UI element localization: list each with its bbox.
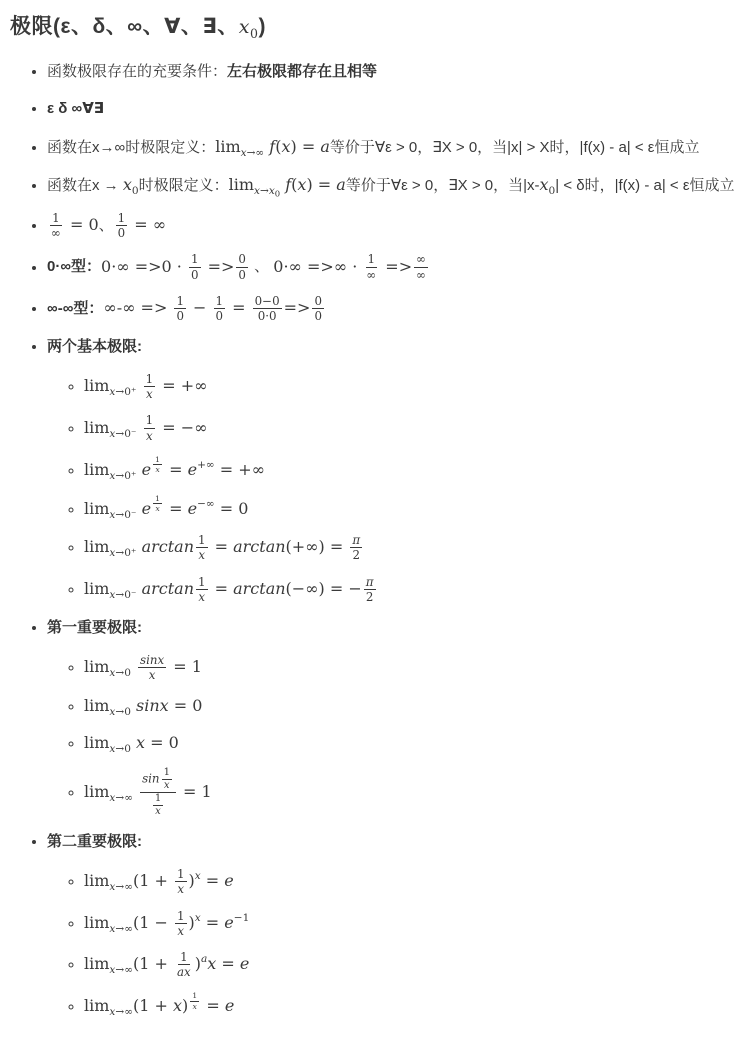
- text-run: 函数在x→∞时极限定义：: [47, 139, 215, 156]
- math-fraction: 1∞: [364, 252, 378, 281]
- math-roman: =: [216, 954, 240, 973]
- math-roman: (1 +: [133, 871, 173, 890]
- math-roman: [136, 418, 141, 437]
- text-run: 函数在x →: [47, 177, 123, 194]
- math-fraction: 1x: [175, 867, 187, 896]
- note-item: 函数极限存在的充要条件：左右极限都存在且相等: [47, 60, 746, 85]
- math-roman: 1: [155, 793, 161, 804]
- math-roman: 1: [146, 413, 154, 427]
- fraction-denominator: x: [147, 668, 158, 682]
- math-superscript: 1x: [188, 995, 201, 1007]
- fraction-denominator: x: [144, 429, 155, 443]
- math-variable: x: [540, 175, 549, 194]
- math-roman: →0: [115, 706, 131, 718]
- math-roman: 1: [198, 533, 206, 547]
- notes-list: 函数极限存在的充要条件：左右极限都存在且相等ε δ ∞∀∃函数在x→∞时极限定义…: [10, 60, 746, 1019]
- math-roman: 2: [366, 590, 374, 604]
- math-roman: →∞: [115, 923, 133, 935]
- math-variable: arctan: [142, 537, 194, 556]
- math-roman: lim: [84, 733, 109, 752]
- math-run: limx→∞(1 + 1x)x = e: [84, 871, 234, 890]
- math-subscript: x→∞: [241, 147, 265, 159]
- math-subscript: x→0⁺: [109, 386, 136, 398]
- math-fraction: 1x: [153, 494, 162, 514]
- note-item: 函数在x → x0时极限定义：limx→x0 f(x) = a等价于∀ε > 0…: [47, 172, 746, 199]
- math-roman: =: [227, 298, 251, 317]
- math-variable: a: [336, 175, 346, 194]
- math-roman: =>: [284, 298, 311, 317]
- math-variable: x: [155, 806, 161, 817]
- math-roman: lim: [215, 137, 240, 156]
- math-roman: = −∞: [157, 418, 207, 437]
- fraction-denominator: 1x: [149, 793, 167, 818]
- math-run: limx→0 x = 0: [84, 733, 179, 752]
- math-variable: e: [188, 460, 197, 479]
- math-roman: −: [188, 298, 212, 317]
- math-roman: −1: [234, 912, 250, 924]
- math-roman: →0⁺: [115, 386, 136, 398]
- math-run: x0: [123, 175, 139, 194]
- text-run: 、: [250, 259, 273, 276]
- math-roman: 0: [176, 309, 184, 323]
- math-roman: =: [210, 537, 234, 556]
- math-run: limx→x0 f(x) = a: [229, 175, 346, 194]
- fraction-numerator: 0: [236, 252, 248, 267]
- fraction-numerator: 1: [175, 867, 187, 882]
- fraction-denominator: x: [153, 806, 163, 818]
- math-fraction: 1x: [144, 372, 156, 401]
- math-run: limx→∞(1 − 1x)x = e−1: [84, 913, 249, 932]
- fraction-numerator: 1: [144, 372, 156, 387]
- math-variable: arctan: [233, 537, 285, 556]
- math-run: limx→0⁻ arctan1x = arctan(−∞) = −π2: [84, 579, 378, 598]
- math-roman: lim: [84, 460, 109, 479]
- math-subscript: x→0⁺: [109, 548, 136, 560]
- math-fraction: 1x: [144, 413, 156, 442]
- sub-note-item: limx→0⁻ arctan1x = arctan(−∞) = −π2: [84, 575, 744, 604]
- math-roman: (+∞) =: [286, 537, 349, 556]
- math-roman: =>: [380, 257, 412, 276]
- math-roman: 2: [352, 548, 360, 562]
- math-subscript: x→∞: [109, 964, 133, 976]
- fraction-numerator: 1: [153, 455, 162, 465]
- math-variable: e: [142, 460, 151, 479]
- fraction-numerator: 1: [153, 494, 162, 504]
- fraction-numerator: sin1x: [140, 767, 176, 793]
- math-fraction: sinxx: [138, 653, 166, 682]
- math-variable: e: [224, 871, 233, 890]
- math-fraction: 10: [189, 252, 201, 281]
- fraction-denominator: 2: [364, 590, 376, 604]
- fraction-denominator: x: [153, 504, 161, 513]
- text-run: 极限(ε、δ、∞、∀、∃、: [10, 15, 239, 38]
- fraction-numerator: 0−0: [253, 294, 282, 309]
- math-variable: e: [142, 499, 151, 518]
- math-run: 0·∞ =>∞ · 1∞ =>∞∞: [273, 257, 430, 276]
- math-roman: lim: [84, 782, 109, 801]
- math-run: limx→0⁻ e1x = e−∞ = 0: [84, 499, 248, 518]
- math-variable: x: [164, 780, 170, 791]
- fraction-denominator: ∞: [364, 268, 378, 282]
- note-item: 0·∞型：0·∞ =>0 · 10 =>00 、 0·∞ =>∞ · 1∞ =>…: [47, 252, 746, 281]
- fraction-denominator: 0: [189, 268, 201, 282]
- math-roman: 1: [155, 455, 160, 464]
- math-subscript: x→0⁺: [109, 470, 136, 482]
- math-subscript: x→∞: [109, 1006, 133, 1018]
- math-roman: +∞: [197, 459, 215, 471]
- bold-text-run: 第二重要极限:: [47, 833, 142, 850]
- math-roman: 0·∞ =>0 ·: [101, 257, 187, 276]
- math-subscript: x→0⁻: [109, 589, 136, 601]
- sub-note-item: limx→0 sinxx = 1: [84, 653, 744, 682]
- math-variable: a: [320, 137, 330, 156]
- math-fraction: 1x: [196, 533, 208, 562]
- math-run: limx→0⁺ 1x = +∞: [84, 376, 207, 395]
- math-roman: 0: [238, 268, 246, 282]
- math-run: ∞-∞ => 10 − 10 = 0−00·0=>00: [103, 298, 326, 317]
- math-roman: →: [260, 185, 269, 197]
- math-roman: 1: [368, 252, 376, 266]
- math-roman: = 0: [65, 215, 99, 234]
- bold-text-run: ε δ ∞∀∃: [47, 100, 104, 117]
- math-run: limx→∞ sin1x1x = 1: [84, 782, 212, 801]
- math-variable: x: [198, 548, 205, 562]
- math-roman: →∞: [115, 964, 133, 976]
- math-superscript: −1: [234, 912, 250, 924]
- math-superscript: 1x: [151, 498, 164, 510]
- math-fraction: 1ax: [175, 950, 193, 979]
- math-variable: x: [136, 733, 145, 752]
- sub-notes-list: limx→0 sinxx = 1limx→0 sinx = 0limx→0 x …: [47, 653, 744, 819]
- math-run: 0·∞ =>0 · 10 =>00: [101, 257, 250, 276]
- math-roman: [131, 657, 136, 676]
- math-subscript: x→x0: [254, 185, 280, 197]
- fraction-numerator: 0: [312, 294, 324, 309]
- bold-text-run: ∞-∞型：: [47, 300, 103, 317]
- math-roman: 1: [180, 950, 188, 964]
- math-roman: 0: [314, 309, 322, 323]
- math-fraction: sin1x1x: [140, 767, 176, 818]
- math-roman: →0: [115, 667, 131, 679]
- math-superscript: −∞: [197, 498, 215, 510]
- math-variable: e: [225, 996, 234, 1015]
- fraction-numerator: 1: [178, 950, 190, 965]
- math-variable: x: [239, 16, 250, 38]
- math-run: limx→0⁺ e1x = e+∞ = +∞: [84, 460, 265, 479]
- math-fraction: 1x: [153, 455, 162, 475]
- math-roman: ∞: [366, 268, 376, 282]
- math-roman: [133, 782, 138, 801]
- math-roman: lim: [84, 418, 109, 437]
- bold-text-run: 两个基本极限:: [47, 338, 142, 355]
- math-fraction: 1x: [190, 991, 199, 1011]
- math-roman: →0⁻: [115, 428, 136, 440]
- math-roman: 0: [314, 294, 322, 308]
- text-run: 等价于∀ε > 0，∃X > 0，当|x| > X时，|f(x) - a| < …: [330, 139, 700, 156]
- math-fraction: 00: [236, 252, 248, 281]
- math-roman: lim: [229, 175, 254, 194]
- math-roman: lim: [84, 954, 109, 973]
- math-fraction: 1x: [196, 575, 208, 604]
- sub-note-item: limx→∞ sin1x1x = 1: [84, 767, 744, 818]
- math-variable: π: [352, 533, 360, 547]
- math-roman: lim: [84, 579, 109, 598]
- math-roman: 0: [118, 226, 126, 240]
- fraction-denominator: 2: [350, 548, 362, 562]
- fraction-numerator: 1: [153, 793, 163, 806]
- math-run: limx→∞(1 + x)1x = e: [84, 996, 234, 1015]
- math-roman: 0: [132, 185, 139, 197]
- sub-note-item: limx→0 sinx = 0: [84, 694, 744, 719]
- math-roman: lim: [84, 996, 109, 1015]
- math-roman: =: [201, 913, 225, 932]
- text-run: 时极限定义：: [139, 177, 229, 194]
- math-roman: 1: [118, 211, 126, 225]
- text-run: 、: [99, 217, 114, 234]
- math-roman: =: [210, 579, 234, 598]
- math-subscript: x→0: [109, 743, 131, 755]
- math-roman: →∞: [247, 147, 265, 159]
- math-fraction: 1x: [162, 767, 172, 792]
- math-run: limx→0 sinxx = 1: [84, 657, 202, 676]
- math-run: 10 = ∞: [114, 215, 166, 234]
- math-roman: 1: [198, 575, 206, 589]
- math-run: limx→0⁺ arctan1x = arctan(+∞) = π2: [84, 537, 364, 556]
- fraction-numerator: 1: [144, 413, 156, 428]
- math-roman: = ∞: [129, 215, 166, 234]
- text-run: 函数极限存在的充要条件：: [47, 63, 227, 80]
- math-roman: lim: [84, 657, 109, 676]
- note-item: ε δ ∞∀∃: [47, 97, 746, 122]
- math-subscript: x→∞: [109, 793, 133, 805]
- fraction-denominator: x: [175, 924, 186, 938]
- text-run: ): [258, 15, 266, 38]
- math-variable: e: [224, 913, 233, 932]
- math-roman: →0⁺: [115, 470, 136, 482]
- fraction-numerator: 1: [366, 252, 378, 267]
- math-roman: =>: [203, 257, 235, 276]
- math-variable: sinx: [140, 653, 164, 667]
- sub-note-item: limx→0⁻ e1x = e−∞ = 0: [84, 494, 744, 521]
- fraction-denominator: 0: [116, 226, 128, 240]
- math-roman: →∞: [115, 882, 133, 894]
- sub-note-item: limx→∞(1 − 1x)x = e−1: [84, 909, 744, 938]
- math-roman: 1: [164, 767, 170, 778]
- fraction-denominator: 0: [236, 268, 248, 282]
- sub-note-item: limx→0⁺ arctan1x = arctan(+∞) = π2: [84, 533, 744, 562]
- fraction-numerator: 1: [174, 294, 186, 309]
- math-run: limx→∞(1 + 1ax)ax = e: [84, 954, 249, 973]
- note-item: 1∞ = 0、10 = ∞: [47, 211, 746, 240]
- math-fraction: ∞∞: [414, 252, 428, 281]
- math-roman: 1: [146, 372, 154, 386]
- math-variable: e: [240, 954, 249, 973]
- fraction-numerator: π: [350, 533, 362, 548]
- math-roman: =: [164, 499, 188, 518]
- math-variable: e: [188, 499, 197, 518]
- math-roman: =: [164, 460, 188, 479]
- math-variable: x: [173, 996, 182, 1015]
- math-roman: ∞-∞ =>: [103, 298, 172, 317]
- math-fraction: 1∞: [49, 211, 63, 240]
- math-subscript: 0: [132, 185, 139, 197]
- math-variable: x: [198, 590, 205, 604]
- math-roman: −∞: [197, 498, 215, 510]
- math-roman: ∞: [416, 268, 426, 282]
- fraction-numerator: sinx: [138, 653, 166, 668]
- math-roman: 0: [238, 252, 246, 266]
- fraction-denominator: x: [191, 1002, 199, 1011]
- math-variable: x: [146, 387, 153, 401]
- math-roman: 1: [177, 909, 185, 923]
- math-roman: 1: [192, 991, 197, 1000]
- math-roman: lim: [84, 871, 109, 890]
- math-subscript: x→0⁻: [109, 509, 136, 521]
- bold-text-run: 0·∞型：: [47, 259, 101, 276]
- math-fraction: 1x: [175, 909, 187, 938]
- math-roman: →∞: [115, 1006, 133, 1018]
- math-superscript: +∞: [197, 459, 215, 471]
- math-run: 1∞ = 0: [47, 215, 99, 234]
- fraction-numerator: 1: [196, 575, 208, 590]
- fraction-denominator: 0: [312, 309, 324, 323]
- note-item: 两个基本极限:limx→0⁺ 1x = +∞limx→0⁻ 1x = −∞lim…: [47, 335, 746, 604]
- math-roman: [136, 376, 141, 395]
- math-fraction: 10: [116, 211, 128, 240]
- math-subscript: x→∞: [109, 882, 133, 894]
- math-roman: (1 +: [133, 954, 173, 973]
- math-variable: x: [123, 175, 132, 194]
- math-variable: x: [177, 882, 184, 896]
- math-roman: (−∞) = −: [286, 579, 362, 598]
- math-roman: = +∞: [215, 460, 265, 479]
- math-roman: lim: [84, 376, 109, 395]
- fraction-numerator: 1: [116, 211, 128, 226]
- fraction-denominator: 0: [174, 309, 186, 323]
- math-run: x0: [540, 175, 556, 194]
- math-variable: arctan: [233, 579, 285, 598]
- fraction-denominator: 0·0: [256, 309, 279, 323]
- math-variable: ax: [177, 965, 191, 979]
- math-roman: 0·0: [258, 309, 277, 323]
- fraction-numerator: 1: [50, 211, 62, 226]
- math-roman: = 1: [168, 657, 202, 676]
- math-roman: (1 −: [133, 913, 173, 932]
- math-roman: →0: [115, 743, 131, 755]
- fraction-denominator: x: [196, 590, 207, 604]
- math-roman: 1: [176, 294, 184, 308]
- fraction-denominator: ∞: [49, 226, 63, 240]
- fraction-denominator: ∞: [414, 268, 428, 282]
- math-roman: = 0: [145, 733, 179, 752]
- math-run: limx→0⁻ 1x = −∞: [84, 418, 207, 437]
- sub-notes-list: limx→∞(1 + 1x)x = elimx→∞(1 − 1x)x = e−1…: [47, 867, 744, 1018]
- math-fraction: 10: [174, 294, 186, 323]
- fraction-denominator: x: [196, 548, 207, 562]
- math-variable: arctan: [142, 579, 194, 598]
- math-roman: 1: [216, 294, 224, 308]
- math-roman: 0: [216, 309, 224, 323]
- math-roman: =: [201, 871, 225, 890]
- text-run: | < δ时，|f(x) - a| < ε恒成立: [555, 177, 734, 194]
- math-variable: sin: [142, 772, 159, 786]
- fraction-denominator: ax: [175, 965, 193, 979]
- note-item: ∞-∞型：∞-∞ => 10 − 10 = 0−00·0=>00: [47, 294, 746, 323]
- text-run: 等价于∀ε > 0，∃X > 0，当|x-: [346, 177, 540, 194]
- math-subscript: x→0⁻: [109, 428, 136, 440]
- math-roman: 1: [177, 867, 185, 881]
- fraction-numerator: ∞: [414, 252, 428, 267]
- math-roman: 0−0: [255, 294, 280, 308]
- math-fraction: 00: [312, 294, 324, 323]
- math-variable: x: [155, 504, 159, 513]
- math-roman: ) =: [290, 137, 320, 156]
- note-item: 第二重要极限:limx→∞(1 + 1x)x = elimx→∞(1 − 1x)…: [47, 830, 746, 1018]
- math-roman: ) =: [306, 175, 336, 194]
- math-roman: (1 +: [133, 996, 173, 1015]
- math-fraction: 10: [214, 294, 226, 323]
- fraction-numerator: 1: [196, 533, 208, 548]
- fraction-denominator: x: [153, 465, 161, 474]
- sub-note-item: limx→0⁺ 1x = +∞: [84, 372, 744, 401]
- sub-note-item: limx→0⁺ e1x = e+∞ = +∞: [84, 455, 744, 482]
- math-variable: x: [193, 1002, 197, 1011]
- fraction-numerator: 1: [175, 909, 187, 924]
- math-roman: = 1: [178, 782, 212, 801]
- math-roman: = 0: [215, 499, 249, 518]
- math-roman: ∞: [416, 252, 426, 266]
- math-roman: lim: [84, 499, 109, 518]
- fraction-denominator: 0: [214, 309, 226, 323]
- math-roman: = 0: [169, 696, 203, 715]
- math-superscript: 1x: [151, 459, 164, 471]
- math-roman: =: [201, 996, 225, 1015]
- math-roman: →∞: [115, 793, 133, 805]
- fraction-denominator: x: [162, 780, 172, 792]
- math-run: limx→0 sinx = 0: [84, 696, 202, 715]
- note-item: 函数在x→∞时极限定义：limx→∞ f(x) = a等价于∀ε > 0，∃X …: [47, 134, 746, 161]
- math-roman: lim: [84, 696, 109, 715]
- sub-note-item: limx→0 x = 0: [84, 731, 744, 756]
- fraction-numerator: π: [364, 575, 376, 590]
- math-variable: sinx: [136, 696, 169, 715]
- page-title: 极限(ε、δ、∞、∀、∃、x0): [10, 10, 746, 40]
- math-variable: x: [207, 954, 216, 973]
- bold-text-run: 左右极限都存在且相等: [227, 63, 377, 80]
- math-run: limx→∞ f(x) = a: [215, 137, 330, 156]
- math-roman: 0·∞ =>∞ ·: [273, 257, 362, 276]
- sub-note-item: limx→0⁻ 1x = −∞: [84, 413, 744, 442]
- math-run: x0: [239, 16, 259, 38]
- fraction-numerator: 1: [162, 767, 172, 780]
- math-fraction: 1x: [153, 793, 163, 818]
- math-fraction: 0−00·0: [253, 294, 282, 323]
- math-roman: 1: [52, 211, 60, 225]
- fraction-numerator: 1: [190, 991, 199, 1001]
- math-roman: →0⁻: [115, 589, 136, 601]
- math-variable: x: [177, 924, 184, 938]
- math-roman: lim: [84, 913, 109, 932]
- math-roman: 1: [191, 252, 199, 266]
- note-item: 第一重要极限:limx→0 sinxx = 1limx→0 sinx = 0li…: [47, 616, 746, 818]
- math-roman: ∞: [51, 226, 61, 240]
- math-fraction: π2: [364, 575, 376, 604]
- fraction-numerator: 1: [189, 252, 201, 267]
- math-roman: = +∞: [157, 376, 207, 395]
- math-variable: π: [366, 575, 374, 589]
- sub-note-item: limx→∞(1 + 1ax)ax = e: [84, 950, 744, 979]
- math-subscript: x→0: [109, 667, 131, 679]
